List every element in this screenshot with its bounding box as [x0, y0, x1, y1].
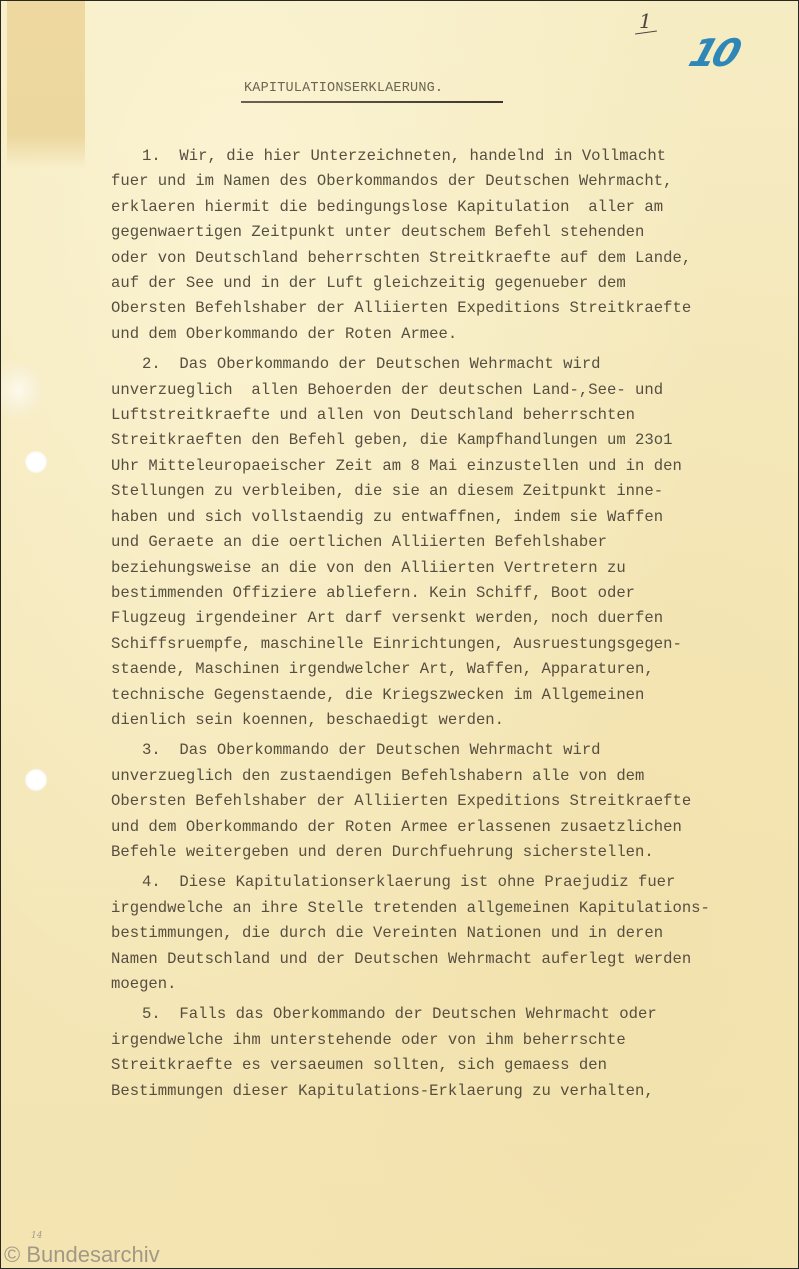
text-line: Obersten Befehlshaber der Alliierten Exp…	[111, 296, 791, 321]
text-line: 3. Das Oberkommando der Deutschen Wehrma…	[111, 738, 791, 763]
text-line: unverzueglich allen Behoerden der deutsc…	[111, 378, 791, 403]
text-line: erklaeren hiermit die bedingungslose Kap…	[111, 195, 791, 220]
text-line: gegenwaertigen Zeitpunkt unter deutschem…	[111, 220, 791, 245]
text-line: Namen Deutschland und der Deutschen Wehr…	[111, 947, 791, 972]
text-line: Schiffsruempfe, maschinelle Einrichtunge…	[111, 632, 791, 657]
title-underline	[241, 101, 503, 103]
text-line: Obersten Befehlshaber der Alliierten Exp…	[111, 789, 791, 814]
paper-stain	[1, 361, 45, 419]
paper-discoloration-strip	[7, 1, 85, 169]
paragraph-2: 2. Das Oberkommando der Deutschen Wehrma…	[111, 352, 791, 733]
text-line: auf der See und in der Luft gleichzeitig…	[111, 271, 791, 296]
text-line: Flugzeug irgendeiner Art darf versenkt w…	[111, 606, 791, 631]
text-line: und Geraete an die oertlichen Alliierten…	[111, 530, 791, 555]
blue-archive-number: 10	[684, 31, 743, 75]
text-line: Luftstreitkraefte und allen von Deutschl…	[111, 403, 791, 428]
text-line: Bestimmungen dieser Kapitulations-Erklae…	[111, 1079, 791, 1104]
text-line: Uhr Mitteleuropaeischer Zeit am 8 Mai ei…	[111, 454, 791, 479]
text-line: Streitkraefte es versaeumen sollten, sic…	[111, 1053, 791, 1078]
text-line: bestimmenden Offiziere abliefern. Kein S…	[111, 581, 791, 606]
text-line: Streitkraeften den Befehl geben, die Kam…	[111, 428, 791, 453]
scanned-document-page: 1 10 KAPITULATIONSERKLAERUNG. 1. Wir, di…	[0, 0, 799, 1269]
paragraph-5: 5. Falls das Oberkommando der Deutschen …	[111, 1002, 791, 1104]
text-line: 1. Wir, die hier Unterzeichneten, handel…	[111, 144, 791, 169]
paragraph-1: 1. Wir, die hier Unterzeichneten, handel…	[111, 144, 791, 347]
handwritten-page-number: 1	[639, 9, 652, 33]
text-line: technische Gegenstaende, die Kriegszweck…	[111, 683, 791, 708]
text-line: beziehungsweise an die von den Alliierte…	[111, 556, 791, 581]
text-line: 2. Das Oberkommando der Deutschen Wehrma…	[111, 352, 791, 377]
text-line: moegen.	[111, 972, 791, 997]
document-title: KAPITULATIONSERKLAERUNG.	[244, 81, 443, 96]
text-line: Stellungen zu verbleiben, die sie an die…	[111, 479, 791, 504]
text-line: dienlich sein koennen, beschaedigt werde…	[111, 708, 791, 733]
hole-punch-top	[25, 451, 47, 473]
paragraph-4: 4. Diese Kapitulationserklaerung ist ohn…	[111, 870, 791, 997]
text-line: oder von Deutschland beherrschten Streit…	[111, 246, 791, 271]
text-line: 4. Diese Kapitulationserklaerung ist ohn…	[111, 870, 791, 895]
text-line: haben und sich vollstaendig zu entwaffne…	[111, 505, 791, 530]
pencil-folio-number: 14	[31, 1231, 42, 1241]
text-line: bestimmungen, die durch die Vereinten Na…	[111, 921, 791, 946]
document-body: 1. Wir, die hier Unterzeichneten, handel…	[111, 144, 791, 1109]
text-line: irgendwelche ihm unterstehende oder von …	[111, 1028, 791, 1053]
text-line: und dem Oberkommando der Roten Armee erl…	[111, 815, 791, 840]
text-line: und dem Oberkommando der Roten Armee.	[111, 322, 791, 347]
text-line: staende, Maschinen irgendwelcher Art, Wa…	[111, 657, 791, 682]
paragraph-3: 3. Das Oberkommando der Deutschen Wehrma…	[111, 738, 791, 865]
text-line: Befehle weitergeben und deren Durchfuehr…	[111, 840, 791, 865]
text-line: 5. Falls das Oberkommando der Deutschen …	[111, 1002, 791, 1027]
text-line: irgendwelche an ihre Stelle tretenden al…	[111, 896, 791, 921]
text-line: unverzueglich den zustaendigen Befehlsha…	[111, 764, 791, 789]
hole-punch-bottom	[25, 769, 47, 791]
text-line: fuer und im Namen des Oberkommandos der …	[111, 169, 791, 194]
bundesarchiv-watermark: © Bundesarchiv	[4, 1242, 160, 1268]
